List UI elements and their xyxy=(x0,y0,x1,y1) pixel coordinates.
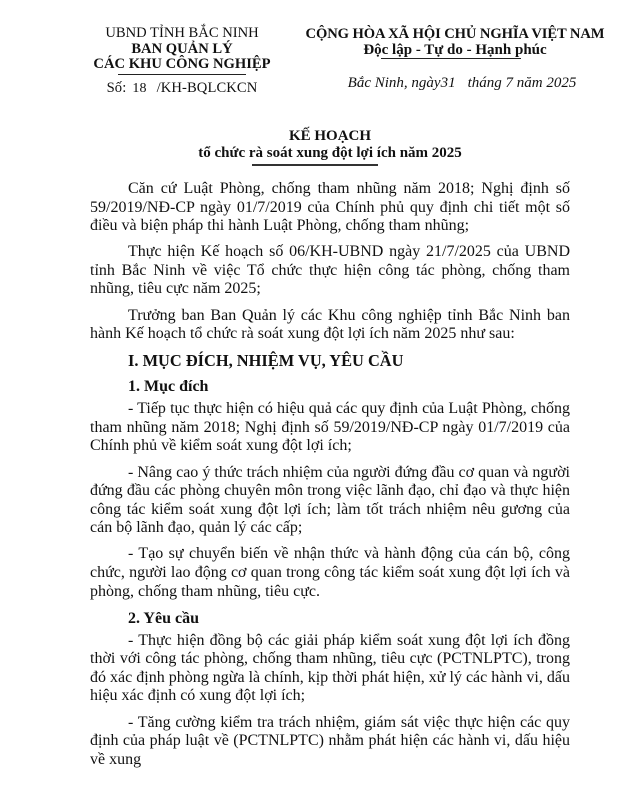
doc-no-value: 18 xyxy=(132,81,146,97)
preamble-paragraph: Trưởng ban Ban Quản lý các Khu công nghi… xyxy=(90,307,570,344)
place-date: Bắc Ninh, ngày31tháng 7 năm 2025 xyxy=(300,75,610,91)
national-header-block: CỘNG HÒA XÃ HỘI CHỦ NGHĨA VIỆT NAM Độc l… xyxy=(300,26,610,91)
document-title-block: KẾ HOẠCH tổ chức rà soát xung đột lợi íc… xyxy=(90,128,570,166)
list-item: - Nâng cao ý thức trách nhiệm của người … xyxy=(90,464,570,538)
list-item: - Thực hiện đồng bộ các giải pháp kiểm s… xyxy=(90,632,570,706)
agency-parent: UBND TỈNH BẮC NINH xyxy=(84,26,280,42)
document-subject: tổ chức rà soát xung đột lợi ích năm 202… xyxy=(90,145,570,162)
place-date-prefix: Bắc Ninh, ngày31 xyxy=(348,75,456,91)
document-type: KẾ HOẠCH xyxy=(90,128,570,145)
place-date-suffix: tháng 7 năm 2025 xyxy=(468,75,577,91)
national-motto: Độc lập - Tự do - Hạnh phúc xyxy=(363,42,546,58)
document-page: UBND TỈNH BẮC NINH BAN QUẢN LÝ CÁC KHU C… xyxy=(0,0,628,804)
document-number: Số:18/KH-BQLCKCN xyxy=(84,81,280,97)
preamble-paragraph: Căn cứ Luật Phòng, chống tham nhũng năm … xyxy=(90,180,570,236)
agency-name-line2: CÁC KHU CÔNG NGHIỆP xyxy=(84,57,280,73)
issuing-agency-block: UBND TỈNH BẮC NINH BAN QUẢN LÝ CÁC KHU C… xyxy=(84,26,280,96)
list-item: - Tiếp tục thực hiện có hiệu quả các quy… xyxy=(90,400,570,456)
subsection-heading: 1. Mục đích xyxy=(90,377,570,396)
nation-name: CỘNG HÒA XÃ HỘI CHỦ NGHĨA VIỆT NAM xyxy=(300,26,610,42)
list-item: - Tạo sự chuyển biến về nhận thức và hàn… xyxy=(90,545,570,601)
doc-no-label: Số: xyxy=(107,80,127,96)
doc-no-suffix: /KH-BQLCKCN xyxy=(157,80,258,96)
title-underline xyxy=(252,164,378,166)
subsection-heading: 2. Yêu cầu xyxy=(90,609,570,628)
motto-underline xyxy=(381,58,521,59)
section-heading: I. MỤC ĐÍCH, NHIỆM VỤ, YÊU CẦU xyxy=(90,351,570,371)
preamble-paragraph: Thực hiện Kế hoạch số 06/KH-UBND ngày 21… xyxy=(90,243,570,299)
list-item: - Tăng cường kiểm tra trách nhiệm, giám … xyxy=(90,714,570,770)
document-body: Căn cứ Luật Phòng, chống tham nhũng năm … xyxy=(90,180,570,777)
agency-underline xyxy=(118,74,246,75)
agency-name-line1: BAN QUẢN LÝ xyxy=(84,42,280,58)
